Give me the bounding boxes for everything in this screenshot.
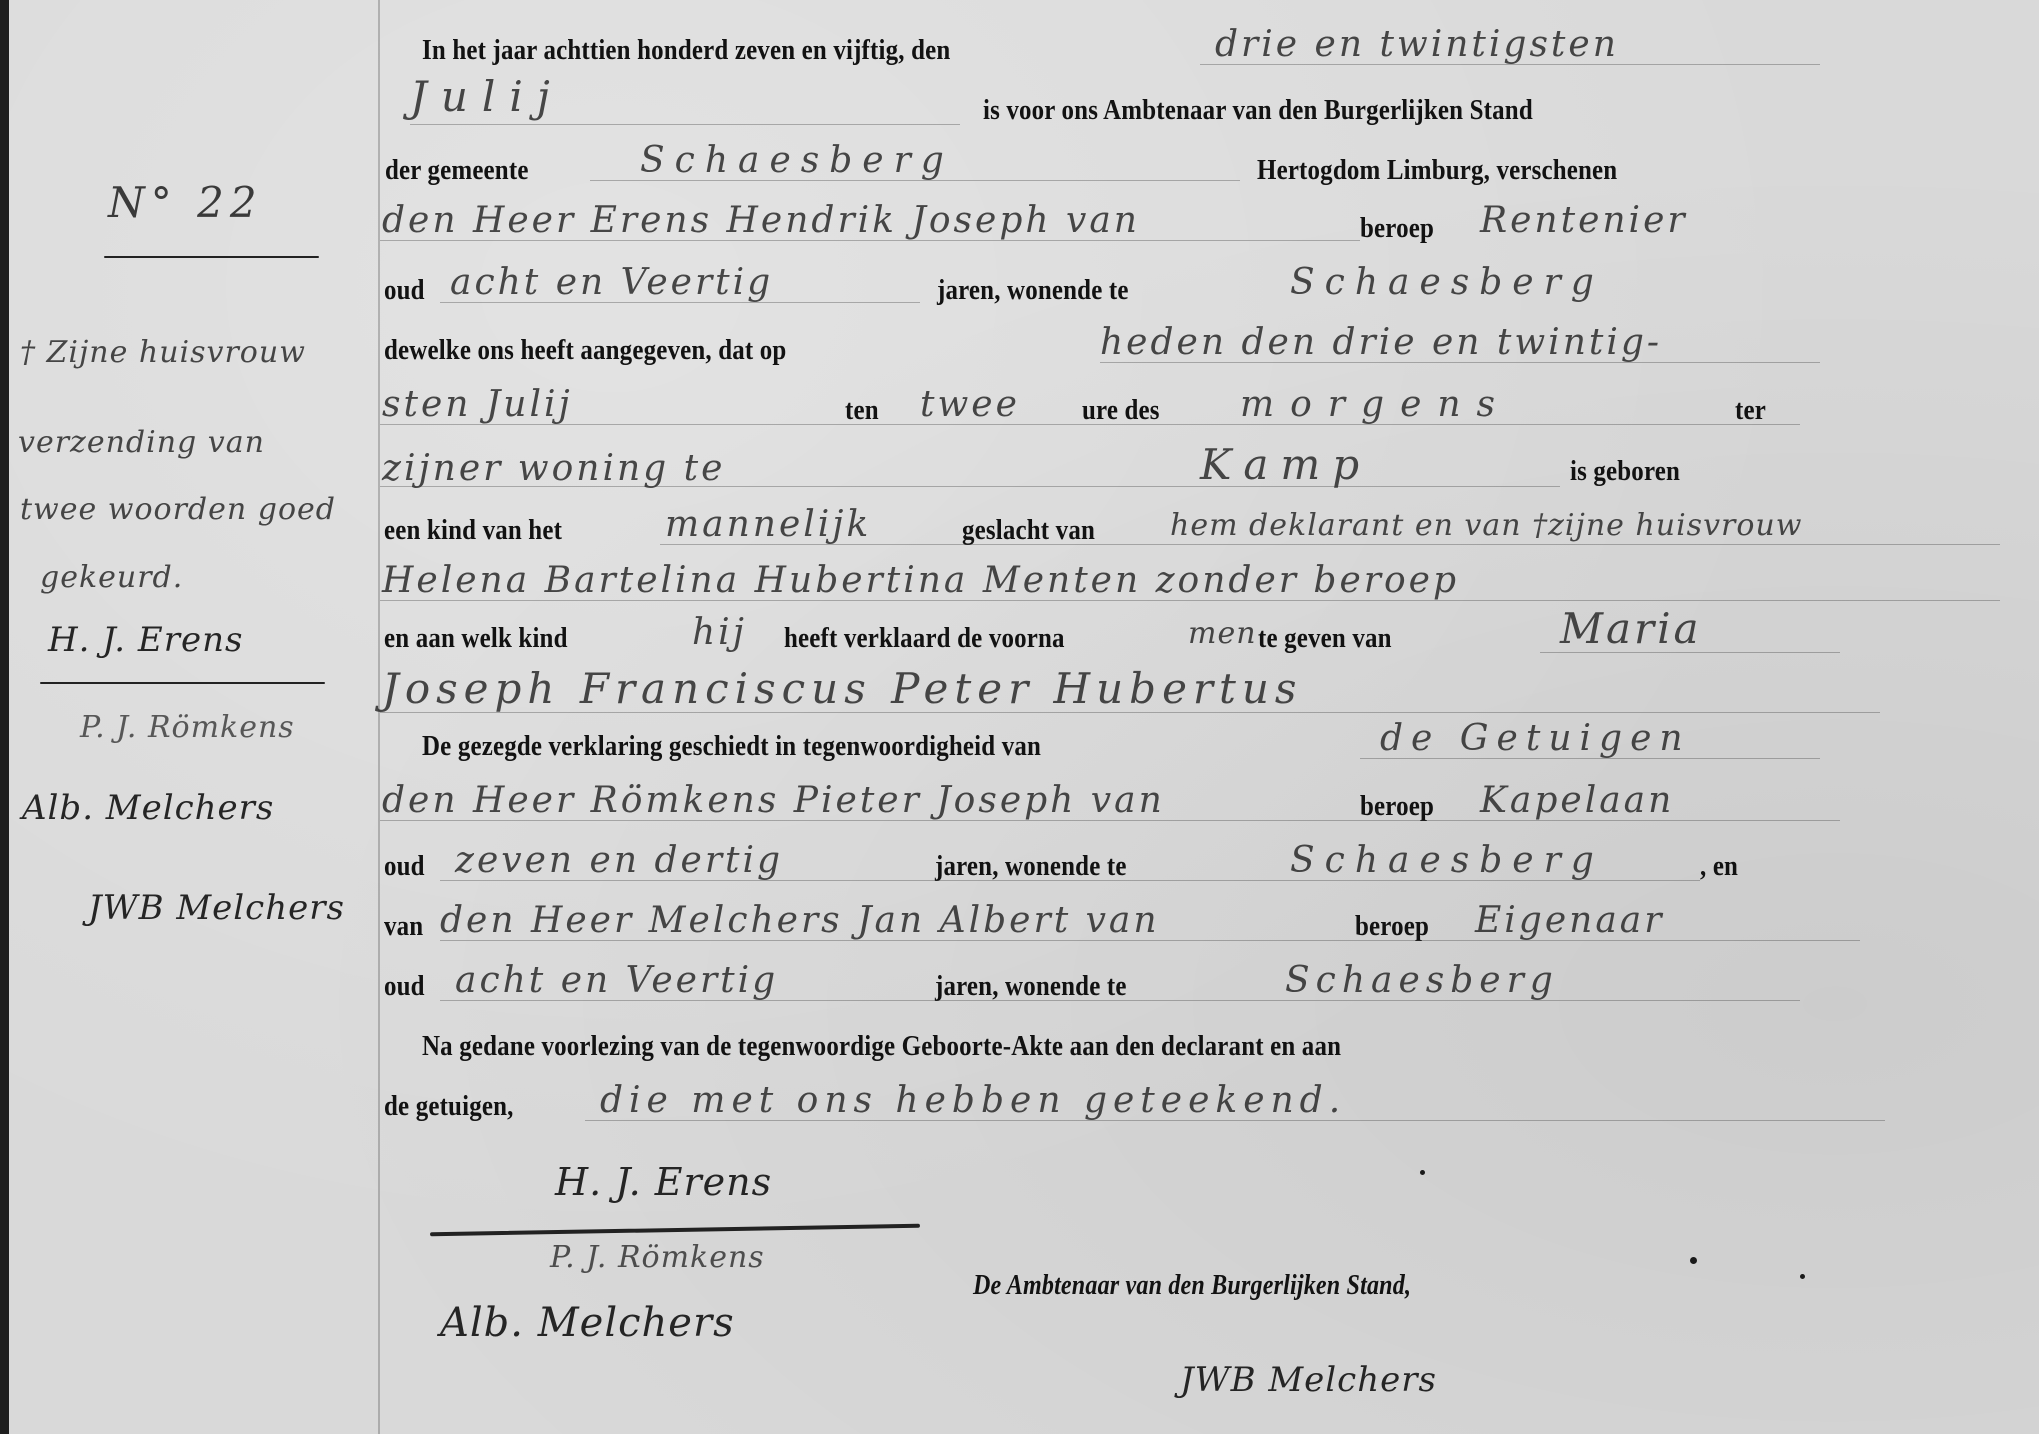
printed-text: te geven van [1258, 622, 1392, 655]
handwritten-entry: Schaesberg [1290, 262, 1604, 303]
margin-note-line: gekeurd. [40, 560, 183, 595]
printed-text: der gemeente [385, 154, 529, 187]
printed-text: jaren, wonende te [937, 274, 1129, 307]
printed-text: beroep [1360, 212, 1434, 245]
margin-note-line: † Zijne huisvrouw [20, 335, 306, 370]
handwritten-entry: zijner woning te [382, 448, 725, 489]
handwritten-entry: sten Julij [382, 384, 573, 425]
fill-line [440, 302, 920, 303]
printed-text: oud [384, 850, 425, 883]
fill-line [1360, 758, 1820, 759]
printed-text: oud [384, 274, 425, 307]
printed-text: jaren, wonende te [935, 970, 1127, 1003]
handwritten-entry: Schaesberg [1290, 840, 1604, 881]
fill-line [1100, 362, 1820, 363]
printed-text: ter [1735, 394, 1766, 427]
printed-text: Na gedane voorlezing van de tegenwoordig… [422, 1030, 1341, 1063]
signature-flourish [40, 682, 325, 684]
margin-note-line: twee woorden goed [20, 492, 336, 527]
margin-signature: JWB Melchers [88, 888, 345, 928]
record-number-underline [104, 256, 319, 258]
fill-line [380, 240, 1360, 241]
handwritten-entry: hij [692, 612, 747, 653]
handwritten-entry: Eigenaar [1475, 900, 1664, 941]
ink-speck [1420, 1170, 1425, 1175]
handwritten-entry: acht en Veertig [455, 960, 778, 1001]
printed-text: en aan welk kind [384, 622, 568, 655]
printed-text: De gezegde verklaring geschiedt in tegen… [422, 730, 1041, 763]
handwritten-entry: die met ons hebben geteekend. [600, 1080, 1346, 1121]
handwritten-entry: acht en Veertig [450, 262, 773, 303]
fill-line [380, 424, 1800, 425]
printed-text: de getuigen, [384, 1090, 514, 1123]
fill-line [380, 600, 2000, 601]
fill-line [380, 712, 1880, 713]
printed-text: oud [384, 970, 425, 1003]
signature-flourish [430, 1224, 920, 1237]
handwritten-entry: Joseph Franciscus Peter Hubertus [382, 664, 1302, 713]
handwritten-entry: de Getuigen [1380, 718, 1691, 759]
printed-text: Hertogdom Limburg, verschenen [1257, 154, 1617, 187]
page-edge-border [0, 0, 9, 1434]
margin-rule [378, 0, 380, 1434]
fill-line [440, 1000, 1800, 1001]
fill-line [1540, 652, 1840, 653]
handwritten-entry: mannelijk [665, 504, 871, 545]
signature-erens: H. J. Erens [555, 1160, 772, 1204]
fill-line [410, 124, 960, 125]
handwritten-entry: Schaesberg [1285, 960, 1559, 1001]
official-title: De Ambtenaar van den Burgerlijken Stand, [973, 1270, 1411, 1302]
fill-line [590, 180, 1240, 181]
handwritten-entry: den Heer Römkens Pieter Joseph van [382, 780, 1165, 821]
handwritten-entry: Kapelaan [1480, 780, 1674, 821]
handwritten-entry: Kamp [1200, 440, 1371, 489]
printed-text: is geboren [1570, 455, 1680, 488]
handwritten-entry: men [1188, 616, 1257, 651]
signature-romkens: P. J. Römkens [550, 1240, 765, 1275]
handwritten-entry: Rentenier [1480, 200, 1688, 241]
fill-line [380, 820, 1840, 821]
fill-line [380, 486, 1560, 487]
record-number: N° 22 [108, 178, 263, 227]
printed-text: beroep [1360, 790, 1434, 823]
handwritten-entry: drie en twintigsten [1215, 24, 1619, 65]
fill-line [1200, 64, 1820, 65]
printed-text: dewelke ons heeft aangegeven, dat op [384, 334, 786, 367]
handwritten-entry: hem deklarant en van †zijne huisvrouw [1170, 508, 1802, 543]
handwritten-entry: Julij [410, 72, 564, 121]
handwritten-entry: twee [920, 384, 1020, 425]
printed-text: is voor ons Ambtenaar van den Burgerlijk… [983, 94, 1533, 127]
printed-text: , en [1700, 850, 1738, 883]
margin-signature: P. J. Römkens [80, 710, 295, 745]
margin-signature: H. J. Erens [48, 620, 243, 660]
printed-text: van [384, 910, 423, 943]
ink-speck [1690, 1257, 1697, 1264]
handwritten-entry: den Heer Erens Hendrik Joseph van [382, 200, 1140, 241]
handwritten-entry: Maria [1560, 604, 1702, 653]
printed-text: een kind van het [384, 514, 562, 547]
fill-line [660, 544, 2000, 545]
handwritten-entry: zeven en dertig [455, 840, 783, 881]
margin-note-line: verzending van [18, 425, 265, 460]
handwritten-entry: Schaesberg [640, 140, 954, 181]
printed-text: ure des [1082, 394, 1160, 427]
handwritten-entry: heden den drie en twintig- [1100, 322, 1662, 363]
printed-text: In het jaar achttien honderd zeven en vi… [422, 34, 950, 67]
signature-official: JWB Melchers [1180, 1360, 1437, 1400]
ink-speck [1800, 1274, 1805, 1279]
fill-line [440, 940, 1860, 941]
fill-line [440, 880, 1700, 881]
margin-signature: Alb. Melchers [22, 788, 274, 828]
printed-text: jaren, wonende te [935, 850, 1127, 883]
signature-melchers: Alb. Melchers [440, 1300, 735, 1346]
fill-line [585, 1120, 1885, 1121]
printed-text: heeft verklaard de voorna [784, 622, 1065, 655]
printed-text: ten [845, 394, 879, 427]
handwritten-entry: morgens [1240, 384, 1511, 425]
handwritten-entry: den Heer Melchers Jan Albert van [440, 900, 1160, 941]
handwritten-entry: Helena Bartelina Hubertina Menten zonder… [382, 560, 1459, 601]
printed-text: geslacht van [962, 514, 1095, 547]
printed-text: beroep [1355, 910, 1429, 943]
